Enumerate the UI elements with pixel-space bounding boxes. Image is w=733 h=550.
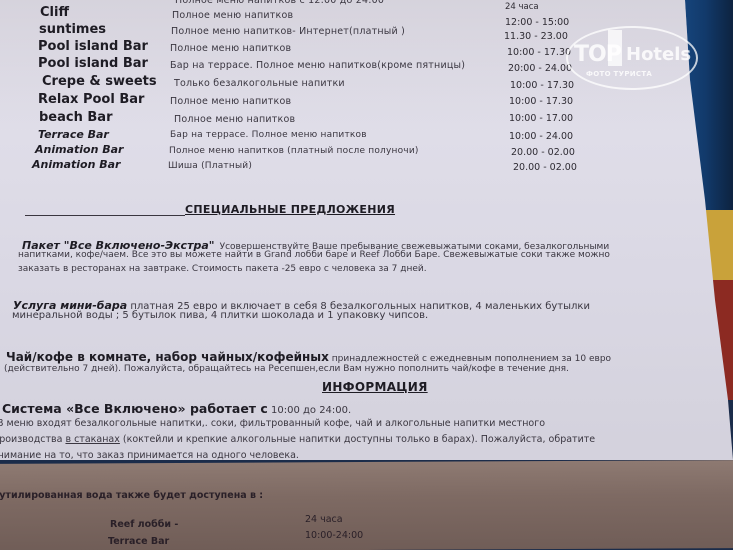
- bar-name: Relax Pool Bar: [38, 92, 144, 107]
- bar-name: Animation Bar: [35, 143, 123, 156]
- tea-lead: Чай/кофе в комнате, набор чайных/кофейны…: [6, 350, 329, 364]
- bar-desc: Только безалкогольные напитки: [174, 78, 345, 89]
- bar-time: 11.30 - 23.00: [504, 31, 568, 42]
- bar-desc: Шиша (Платный): [168, 161, 252, 171]
- bar-desc: Полное меню напитков: [170, 96, 291, 107]
- bar-desc: Полное меню напитков: [170, 43, 291, 54]
- bar-name: Pool island Bar: [38, 56, 148, 71]
- bar-time: 10:00 - 17.00: [509, 113, 573, 124]
- bar-desc: Полное меню напитков- Интернет(платный ): [171, 26, 405, 37]
- system-text-a: производства: [0, 434, 65, 445]
- bar-name: Cliff: [40, 5, 69, 20]
- bar-name: Pool island Bar: [38, 39, 148, 54]
- water-place: Terrace Bar: [108, 536, 169, 547]
- bar-time: 12:00 - 15:00: [505, 17, 569, 28]
- bar-desc: Бар на террасе. Полное меню напитков(кро…: [170, 60, 465, 71]
- bar-time: 20.00 - 02.00: [511, 147, 575, 158]
- package-line-3: заказать в ресторанах на завтраке. Стоим…: [18, 264, 427, 274]
- bar-name: suntimes: [39, 22, 106, 37]
- minibar-line-2: минеральной воды ; 5 бутылок пива, 4 пли…: [12, 310, 428, 321]
- bar-time: 10:00 - 17.30: [509, 96, 573, 107]
- water-time: 24 часа: [305, 514, 343, 525]
- bar-time: 10:00 - 17.30: [510, 80, 574, 91]
- bar-name: Crepe & sweets: [42, 74, 157, 89]
- system-text-underlined: в стаканах: [65, 434, 119, 445]
- tea-line-1: Чай/кофе в комнате, набор чайных/кофейны…: [6, 346, 611, 365]
- tea-text: принадлежностей с ежедневным пополнением…: [329, 354, 611, 364]
- package-line-2: напитками, кофе/чаем. Все это вы можете …: [18, 250, 610, 260]
- system-line-2: В меню входят безалкогольные напитки,. с…: [0, 418, 545, 429]
- bar-desc: Полное меню напитков (платный после полу…: [169, 146, 419, 156]
- bar-name: beach Bar: [39, 110, 112, 125]
- tea-line-2: (действительно 7 дней). Пожалуйста, обра…: [4, 364, 569, 374]
- water-heading: Бутилированная вода также будет доступен…: [0, 490, 263, 501]
- bar-time: 20.00 - 02.00: [513, 162, 577, 173]
- bar-time: 20:00 - 24.00: [508, 63, 572, 74]
- watermark-subtitle: ФОТО ТУРИСТА: [586, 70, 652, 78]
- heading-rule: [25, 215, 185, 216]
- system-hours: 10:00 до 24:00.: [268, 405, 351, 416]
- bar-time: 10:00 - 17.30: [507, 47, 571, 58]
- system-lead: Система «Все Включено» работает с: [2, 401, 268, 416]
- system-text-b: (коктейли и крепкие алкогольные напитки …: [120, 434, 595, 445]
- bar-name: Terrace Bar: [38, 128, 109, 141]
- system-line-1: Система «Все Включено» работает с 10:00 …: [2, 398, 351, 417]
- system-line-3: производства в стаканах (коктейли и креп…: [0, 434, 595, 445]
- watermark-top: TOP: [574, 42, 621, 67]
- watermark-hotels: Hotels: [626, 44, 691, 65]
- water-time: 10:00-24:00: [305, 530, 363, 541]
- system-line-4: внимание на то, что заказ принимается на…: [0, 450, 299, 461]
- bar-desc: Полное меню напитков: [174, 114, 295, 125]
- bar-desc: Полное меню напитков: [172, 10, 293, 21]
- top-cutoff-time: 24 часа: [505, 2, 539, 12]
- bar-desc: Бар на террасе. Полное меню напитков: [170, 130, 367, 140]
- bar-time: 10:00 - 24.00: [509, 131, 573, 142]
- top-cutoff-text: Полное меню напитков с 12:00 до 24:00: [175, 0, 384, 6]
- info-heading: ИНФОРМАЦИЯ: [322, 380, 428, 394]
- water-place: Reef лобби -: [110, 519, 178, 530]
- special-offers-heading: СПЕЦИАЛЬНЫЕ ПРЕДЛОЖЕНИЯ: [185, 203, 395, 216]
- bar-name: Animation Bar: [32, 158, 120, 171]
